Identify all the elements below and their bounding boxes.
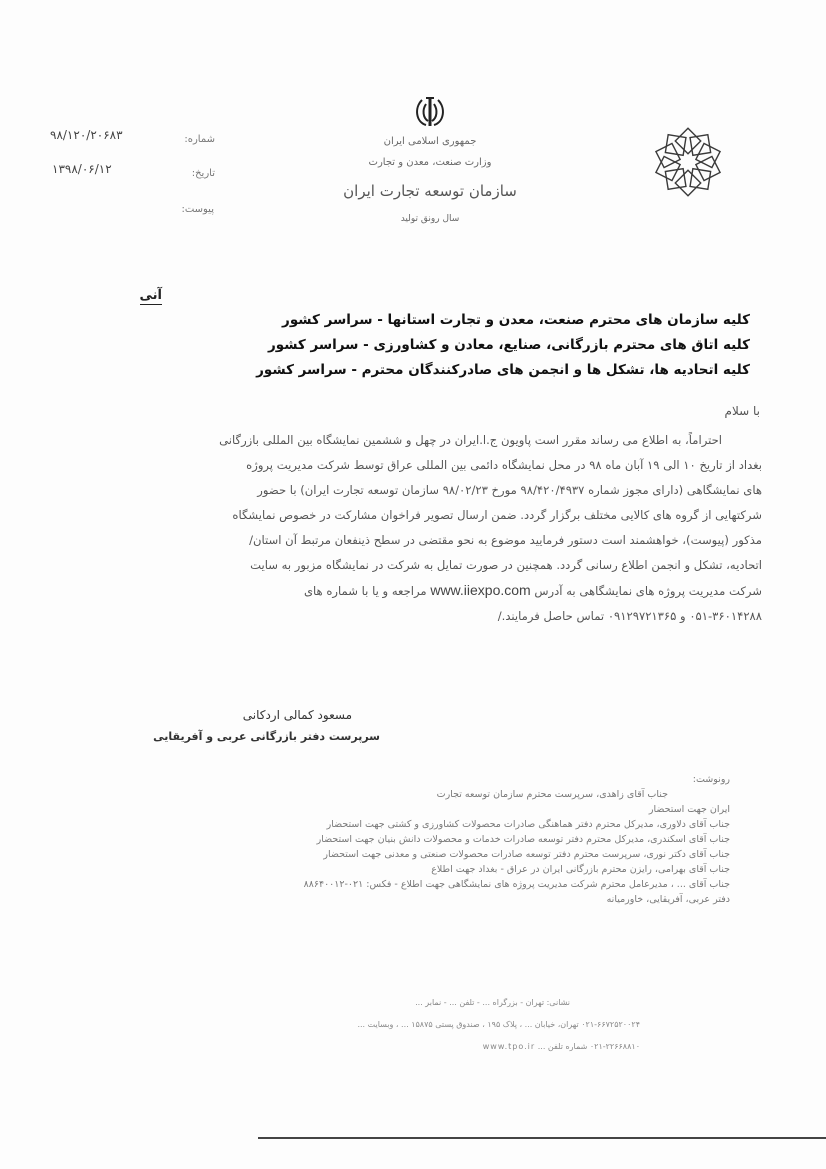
- body-line-with-url: شرکت مدیریت پروژه های نمایشگاهی به آدرس …: [110, 578, 762, 604]
- body-line: های نمایشگاهی (دارای مجوز شماره ۹۸/۴۲۰/۴…: [110, 478, 762, 503]
- body-url-prefix: شرکت مدیریت پروژه های نمایشگاهی به آدرس: [534, 584, 762, 598]
- recipient-line: کلیه اتحادیه ها، تشکل ها و انجمن های صاد…: [296, 362, 750, 387]
- cc-block: رونوشت: جناب آقای زاهدی، سرپرست محترم سا…: [150, 772, 730, 907]
- letter-number-label: شماره:: [175, 134, 215, 145]
- greeting: با سلام: [640, 404, 760, 418]
- letterhead-year-slogan: سال رونق تولید: [330, 214, 530, 224]
- letter-date: ۱۳۹۸/۰۶/۱۲: [52, 162, 112, 176]
- signature-block: مسعود کمالی اردکانی سرپرست دفتر بازرگانی…: [150, 708, 380, 743]
- letter-date-label: تاریخ:: [175, 168, 215, 179]
- letter-number: ۹۸/۱۲۰/۲۰۶۸۳: [50, 128, 123, 142]
- signatory-title: سرپرست دفتر بازرگانی عربی و آفریقایی: [150, 730, 380, 743]
- body-line: اتحادیه، تشکل و انجمن اطلاع رسانی گردد. …: [110, 553, 762, 578]
- cc-line: دفتر عربی، آفریقایی، خاورمیانه: [150, 892, 730, 907]
- cc-line: جناب آقای بهرامی، رایزن محترم بازرگانی ا…: [150, 862, 730, 877]
- cc-line: جناب آقای دلاوری، مدیرکل محترم دفتر هماه…: [150, 817, 730, 832]
- website-link[interactable]: www.iiexpo.com: [430, 582, 530, 598]
- cc-line: جناب آقای زاهدی، سرپرست محترم سازمان توس…: [150, 787, 730, 802]
- body-url-suffix: مراجعه و یا با شماره های: [304, 584, 427, 598]
- body-line-contact: ۰۵۱-۳۶۰۱۴۲۸۸ و ۰۹۱۲۹۷۲۱۳۶۵ تماس حاصل فرم…: [110, 604, 762, 629]
- body-line: احتراماً، به اطلاع می رساند مقرر است پاو…: [110, 428, 762, 453]
- footer-line: ۰۲۱-۲۲۶۶۸۸۱۰ شماره تلفن ... www.tpo.ir: [100, 1042, 640, 1051]
- cc-line: جناب آقای ... ، مدیرعامل محترم شرکت مدیر…: [150, 877, 730, 892]
- footer-line: نشانی: تهران - بزرگراه ... - تلفن ... - …: [270, 998, 570, 1007]
- letter-body: احتراماً، به اطلاع می رساند مقرر است پاو…: [110, 428, 762, 629]
- page-bottom-rule: [258, 1137, 826, 1139]
- footer-line: ۰۲۱-۶۶۷۲۵۲۰۰۲۴ تهران، خیابان ... ، پلاک …: [100, 1020, 640, 1029]
- iran-emblem-icon: [410, 92, 450, 132]
- cc-line: جناب آقای اسکندری، مدیرکل محترم دفتر توس…: [150, 832, 730, 847]
- signatory-name: مسعود کمالی اردکانی: [150, 708, 380, 722]
- letterhead-country: جمهوری اسلامی ایران: [330, 136, 530, 147]
- body-line: شرکتهایی از گروه های کالایی مختلف برگزار…: [110, 503, 762, 528]
- body-line: بغداد از تاریخ ۱۰ الی ۱۹ آبان ماه ۹۸ در …: [110, 453, 762, 478]
- body-line: مذکور (پیوست)، خواهشمند است دستور فرمایی…: [110, 528, 762, 553]
- tpo-knot-logo-icon: [648, 122, 728, 202]
- letterhead-organization: سازمان توسعه تجارت ایران: [330, 182, 530, 200]
- recipient-line: کلیه اتاق های محترم بازرگانی، صنایع، معا…: [296, 337, 750, 362]
- recipient-line: کلیه سازمان های محترم صنعت، معدن و تجارت…: [296, 312, 750, 337]
- cc-label: رونوشت:: [150, 772, 730, 787]
- letterhead-ministry: وزارت صنعت، معدن و تجارت: [330, 157, 530, 168]
- cc-line: جناب آقای دکتر نوری، سرپرست محترم دفتر ت…: [150, 847, 730, 862]
- letterhead: جمهوری اسلامی ایران وزارت صنعت، معدن و ت…: [330, 92, 530, 224]
- urgency-tag: آنی: [140, 288, 163, 305]
- recipients-block: کلیه سازمان های محترم صنعت، معدن و تجارت…: [296, 312, 750, 387]
- letter-page: جمهوری اسلامی ایران وزارت صنعت، معدن و ت…: [0, 0, 826, 1169]
- cc-line: ایران جهت استحضار: [150, 802, 730, 817]
- letter-attachment-label: پیوست:: [168, 204, 214, 215]
